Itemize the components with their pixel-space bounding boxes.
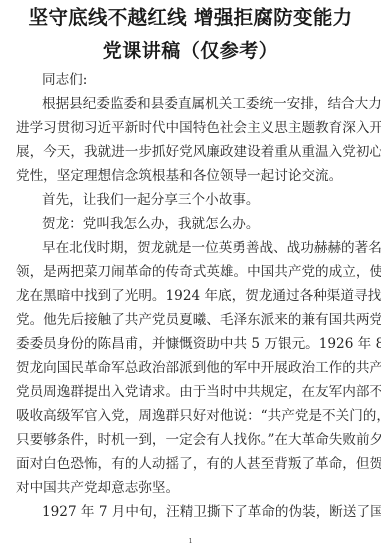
text-line: 首先，让我们一起分享三个小故事。	[16, 188, 366, 212]
text-line: 党员周逸群提出入党请求。由于当时中共规定，在友军内部不准	[16, 380, 366, 404]
document-title: 坚守底线不越红线 增强拒腐防变能力	[0, 2, 381, 30]
text-line: 同志们:	[16, 68, 366, 92]
text-line: 1927 年 7 月中旬，汪精卫撕下了革命的伪装，断送了国共	[16, 500, 366, 524]
text-line: 领，是两把菜刀闹革命的传奇式英雄。中国共产党的成立，使贺	[16, 260, 366, 284]
text-line: 贺龙向国民革命军总政治部派到他的军中开展政治工作的共产	[16, 356, 366, 380]
text-line: 早在北伐时期，贺龙就是一位英勇善战、战功赫赫的著名将	[16, 236, 366, 260]
text-line: 贺龙：党叫我怎么办，我就怎么办。	[16, 212, 366, 236]
text-line: 党。他先后接触了共产党员夏曦、毛泽东派来的兼有国共两党省	[16, 308, 366, 332]
text-line: 党性，坚定理想信念筑根基和各位领导一起讨论交流。	[16, 164, 366, 188]
text-line: 根据县纪委监委和县委直属机关工委统一安排，结合大力推	[16, 92, 366, 116]
text-line: 对中国共产党却意志弥坚。	[16, 476, 366, 500]
page-number: 1	[0, 538, 381, 545]
text-line: 面对白色恐怖，有的人动摇了，有的人甚至背叛了革命，但贺龙	[16, 452, 366, 476]
text-line: 委委员身份的陈昌甫，并慷慨资助中共 5 万银元。1926 年 8 月，	[16, 332, 366, 356]
text-line: 展，今天，我就进一步抓好党风廉政建设着重从重温入党初心强	[16, 140, 366, 164]
text-line: 只要够条件，时机一到，一定会有人找你。”在大革命失败前夕，	[16, 428, 366, 452]
document-body: 同志们: 根据县纪委监委和县委直属机关工委统一安排，结合大力推 进学习贯彻习近平…	[16, 68, 366, 524]
text-line: 进学习贯彻习近平新时代中国特色社会主义思主题教育深入开	[16, 116, 366, 140]
document-page: 坚守底线不越红线 增强拒腐防变能力 党课讲稿（仅参考） 同志们: 根据县纪委监委…	[0, 0, 381, 550]
text-line: 龙在黑暗中找到了光明。1924 年底，贺龙通过各种渠道寻找共产	[16, 284, 366, 308]
text-line: 吸收高级军官入党，周逸群只好对他说：“共产党是不关门的，	[16, 404, 366, 428]
document-subtitle: 党课讲稿（仅参考）	[0, 36, 381, 63]
